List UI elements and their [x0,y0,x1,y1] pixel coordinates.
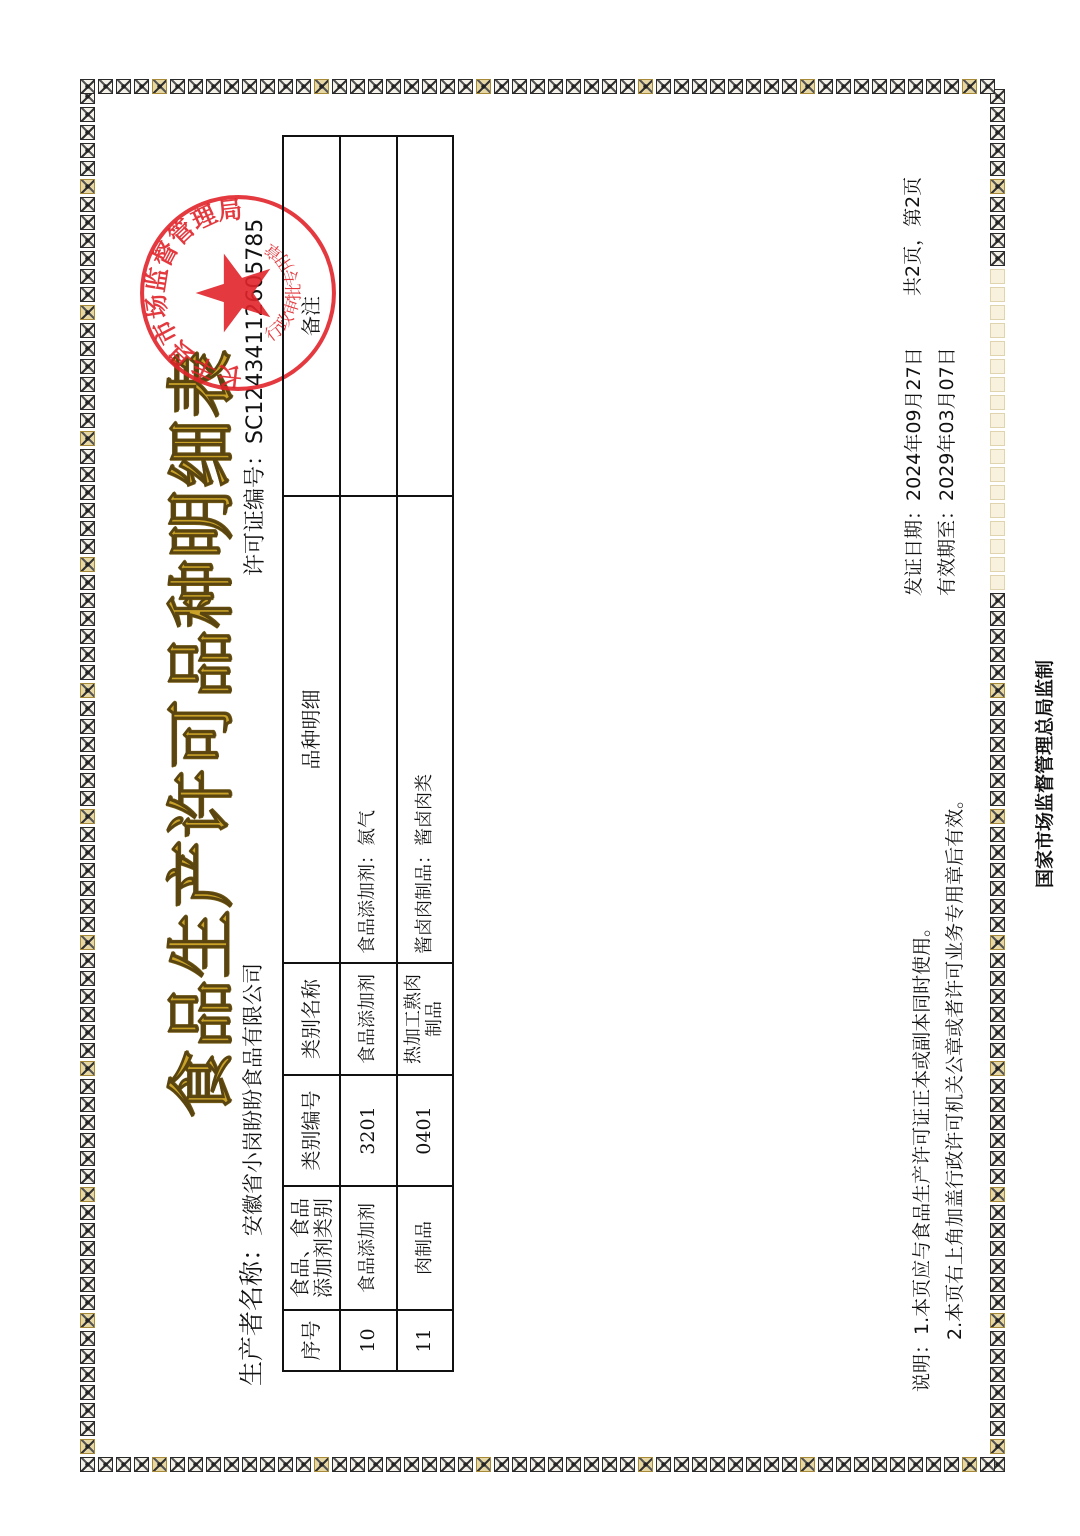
producer-line: 生产者名称：安徽省小岗盼盼食品有限公司 [232,963,268,1386]
header-category: 食品、食品添加剂类别 [284,1185,341,1309]
cell-category-code: 0401 [398,1074,452,1185]
issue-date-label: 发证日期： [903,501,925,596]
document-title: 食品生产许可品种明细表 [148,348,245,1118]
cell-remarks [341,137,398,495]
issue-info: 发证日期：2024年09月27日 有效期至：2029年03月07日 [898,347,964,596]
note-1: 1.本页应与食品生产许可证正本或副本同时使用。 [911,918,933,1335]
cell-category-code: 3201 [341,1074,398,1185]
border-row [80,89,95,1472]
header-category-code: 类别编号 [284,1074,341,1185]
header-seq: 序号 [284,1309,341,1370]
cell-seq: 11 [398,1309,452,1370]
cell-variety-detail: 酱卤肉制品：酱卤肉类 [398,495,452,962]
note-2: 2.本页右上角加盖行政许可机关公章或者许可业务专用章后有效。 [944,790,966,1340]
producer-name: 安徽省小岗盼盼食品有限公司 [241,963,265,1236]
border-column [80,1457,995,1472]
variety-table: 序号食品、食品添加剂类别类别编号类别名称品种明细备注10食品添加剂3201食品添… [282,135,454,1372]
cell-seq: 10 [341,1309,398,1370]
cell-variety-detail: 食品添加剂：氮气 [341,495,398,962]
valid-until-label: 有效期至： [936,501,958,596]
header-variety-detail: 品种明细 [284,495,341,962]
license-page: 食品生产许可品种明细表 生产者名称：安徽省小岗盼盼食品有限公司 许可证编号：SC… [0,0,1080,1536]
producer-label: 生产者名称： [237,1236,266,1386]
notes-block: 说明：1.本页应与食品生产许可证正本或副本同时使用。 2.本页右上角加盖行政许可… [906,790,972,1392]
license-label: 许可证编号： [243,444,268,576]
cell-category-name: 热加工熟肉制品 [398,962,452,1074]
border-column [80,79,995,94]
header-category-name: 类别名称 [284,962,341,1074]
issue-date: 2024年09月27日 [903,347,925,501]
star-icon [196,254,271,333]
pagination: 共2页，第2页 [898,177,925,296]
cell-category: 食品添加剂 [341,1185,398,1309]
cell-category-name: 食品添加剂 [341,962,398,1074]
border-row [990,89,1005,1472]
notes-label: 说明： [911,1335,933,1392]
cell-category: 肉制品 [398,1185,452,1309]
header-remarks: 备注 [284,137,341,495]
issuer-line: 国家市场监督管理总局监制 [1030,660,1057,888]
valid-until: 2029年03月07日 [936,347,958,501]
cell-remarks [398,137,452,495]
